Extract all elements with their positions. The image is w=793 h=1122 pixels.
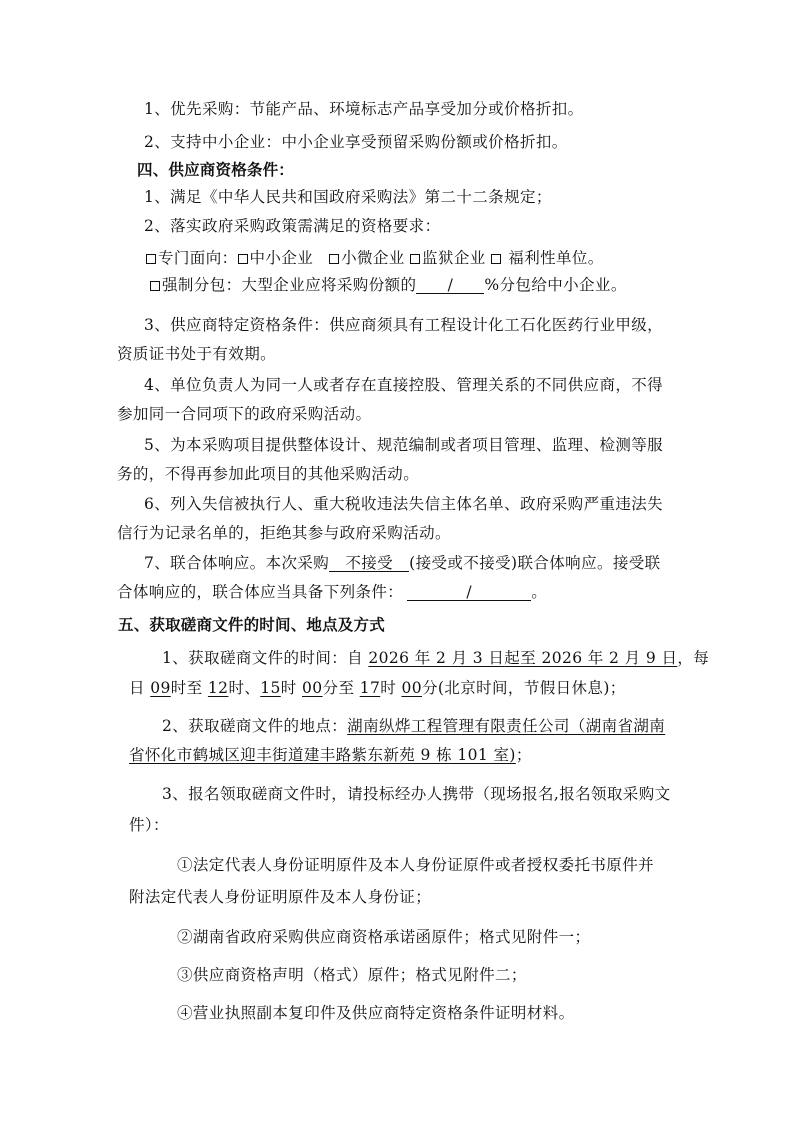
option-sme: 中小企业 xyxy=(250,249,314,267)
location-address-line-1: 湖南纵烨工程管理有限责任公司（湖南省湖南 xyxy=(347,717,665,735)
qualification-item-6-line-1: 6、列入失信被执行人、重大税收违法失信主体名单、政府采购严重违法失 xyxy=(144,494,663,514)
consortium-suffix: (接受或不接受)联合体响应。接受联 xyxy=(409,554,660,572)
policy-item-2: 2、支持中小企业：中小企业享受预留采购份额或价格折扣。 xyxy=(144,132,568,152)
consortium-conditions-suffix: 。 xyxy=(531,583,547,601)
hour-start-am: 09 xyxy=(150,679,171,697)
acquisition-hours-row: 日 09时至 12时、15时 00分至 17时 00分(北京时间，节假日休息)； xyxy=(129,678,626,698)
location-address-line-2: 省怀化市鹤城区迎丰街道建丰路紫东新苑 9 栋 101 室) xyxy=(129,746,516,764)
qualification-item-4-line-2: 参加同一合同项下的政府采购活动。 xyxy=(117,404,371,424)
required-doc-3: ③供应商资格声明（格式）原件；格式见附件二； xyxy=(177,965,527,985)
date-connector: 起至 xyxy=(504,649,541,667)
acquisition-location-row-2: 省怀化市鹤城区迎丰街道建丰路紫东新苑 9 栋 101 室)； xyxy=(129,745,532,765)
qualification-item-3-line-1: 3、供应商特定资格条件：供应商须具有工程设计化工石化医药行业甲级， xyxy=(144,315,663,335)
consortium-conditions-row: 合体响应的，联合体应当具备下列条件：/。 xyxy=(117,582,547,602)
dedicated-label: 专门面向： xyxy=(158,249,238,267)
qualification-item-3-line-2: 资质证书处于有效期。 xyxy=(117,344,276,364)
acquisition-time-row: 1、获取磋商文件的时间：自 2026 年 2 月 3 日起至 2026 年 2 … xyxy=(162,648,709,668)
consortium-prefix: 7、联合体响应。本次采购 xyxy=(144,554,329,572)
minute-end-pm: 00 xyxy=(401,679,422,697)
consortium-acceptance-field[interactable]: 不接受 xyxy=(329,553,409,572)
minute-start-pm: 00 xyxy=(302,679,323,697)
section-5-heading: 五、获取磋商文件的时间、地点及方式 xyxy=(118,615,385,635)
start-date: 2026 年 2 月 3 日 xyxy=(368,649,504,667)
checkbox-welfare[interactable] xyxy=(491,254,501,264)
hour-start-pm: 15 xyxy=(260,679,281,697)
qualification-item-6-line-2: 信行为记录名单的，拒绝其参与政府采购活动。 xyxy=(117,523,451,543)
hours-text: 分至 xyxy=(323,679,360,697)
time-suffix: ，每 xyxy=(677,649,709,667)
option-prison: 监狱企业 xyxy=(422,249,486,267)
subcontract-row: 强制分包：大型企业应将采购份额的/%分包给中小企业。 xyxy=(150,275,627,295)
qualification-item-5-line-1: 5、为本采购项目提供整体设计、规范编制或者项目管理、监理、检测等服 xyxy=(144,435,663,455)
acquisition-location-row: 2、获取磋商文件的地点：湖南纵烨工程管理有限责任公司（湖南省湖南 xyxy=(162,716,665,736)
checkbox-subcontract[interactable] xyxy=(150,281,160,291)
end-date: 2026 年 2 月 9 日 xyxy=(541,649,677,667)
hours-text: 时 xyxy=(281,679,302,697)
required-doc-2: ②湖南省政府采购供应商资格承诺函原件；格式见附件一； xyxy=(177,927,590,947)
hour-end-am: 12 xyxy=(208,679,229,697)
section-4-heading: 四、供应商资格条件： xyxy=(137,160,294,180)
required-doc-4: ④营业执照副本复印件及供应商特定资格条件证明材料。 xyxy=(177,1003,575,1023)
required-doc-1-line-2: 附法定代表人身份证明原件及本人身份证； xyxy=(129,887,431,907)
acquisition-time-label: 1、获取磋商文件的时间：自 xyxy=(162,649,368,667)
hour-end-pm: 17 xyxy=(360,679,381,697)
option-welfare: 福利性单位。 xyxy=(503,249,604,267)
qualification-item-1: 1、满足《中华人民共和国政府采购法》第二十二条规定； xyxy=(144,187,552,207)
subcontract-label: 强制分包：大型企业应将采购份额的 xyxy=(162,276,416,294)
subcontract-suffix: %分包给中小企业。 xyxy=(484,276,626,294)
qualification-item-5-line-2: 务的，不得再参加此项目的其他采购活动。 xyxy=(117,464,419,484)
consortium-row: 7、联合体响应。本次采购不接受(接受或不接受)联合体响应。接受联 xyxy=(144,553,661,573)
option-small-micro: 小微企业 xyxy=(341,249,405,267)
hours-text: 日 xyxy=(129,679,150,697)
consortium-conditions-field[interactable]: / xyxy=(407,582,531,601)
registration-materials-line-1: 3、报名领取磋商文件时，请投标经办人携带（现场报名,报名领取采购文 xyxy=(162,784,671,804)
registration-materials-line-2: 件）： xyxy=(129,815,169,835)
hours-text: 时、 xyxy=(228,679,260,697)
location-label: 2、获取磋商文件的地点： xyxy=(162,717,347,735)
checkbox-dedicated[interactable] xyxy=(146,254,156,264)
hours-text: 分(北京时间，节假日休息)； xyxy=(422,679,626,697)
required-doc-1-line-1: ①法定代表人身份证明原件及本人身份证原件或者授权委托书原件并 xyxy=(177,855,654,875)
checkbox-prison[interactable] xyxy=(410,254,420,264)
qualification-item-2: 2、落实政府采购政策需满足的资格要求： xyxy=(144,216,440,236)
subcontract-percent-field[interactable]: / xyxy=(416,275,484,294)
hours-text: 时 xyxy=(380,679,401,697)
consortium-conditions-label: 合体响应的，联合体应当具备下列条件： xyxy=(117,583,403,601)
policy-item-1: 1、优先采购：节能产品、环境标志产品享受加分或价格折扣。 xyxy=(144,99,584,119)
checkbox-sme[interactable] xyxy=(238,254,248,264)
hours-text: 时至 xyxy=(171,679,208,697)
dedicated-checkbox-row: 专门面向：中小企业 小微企业 监狱企业 福利性单位。 xyxy=(146,248,604,268)
location-suffix: ； xyxy=(516,746,532,764)
checkbox-small-micro[interactable] xyxy=(329,254,339,264)
qualification-item-4-line-1: 4、单位负责人为同一人或者存在直接控股、管理关系的不同供应商，不得 xyxy=(144,375,663,395)
